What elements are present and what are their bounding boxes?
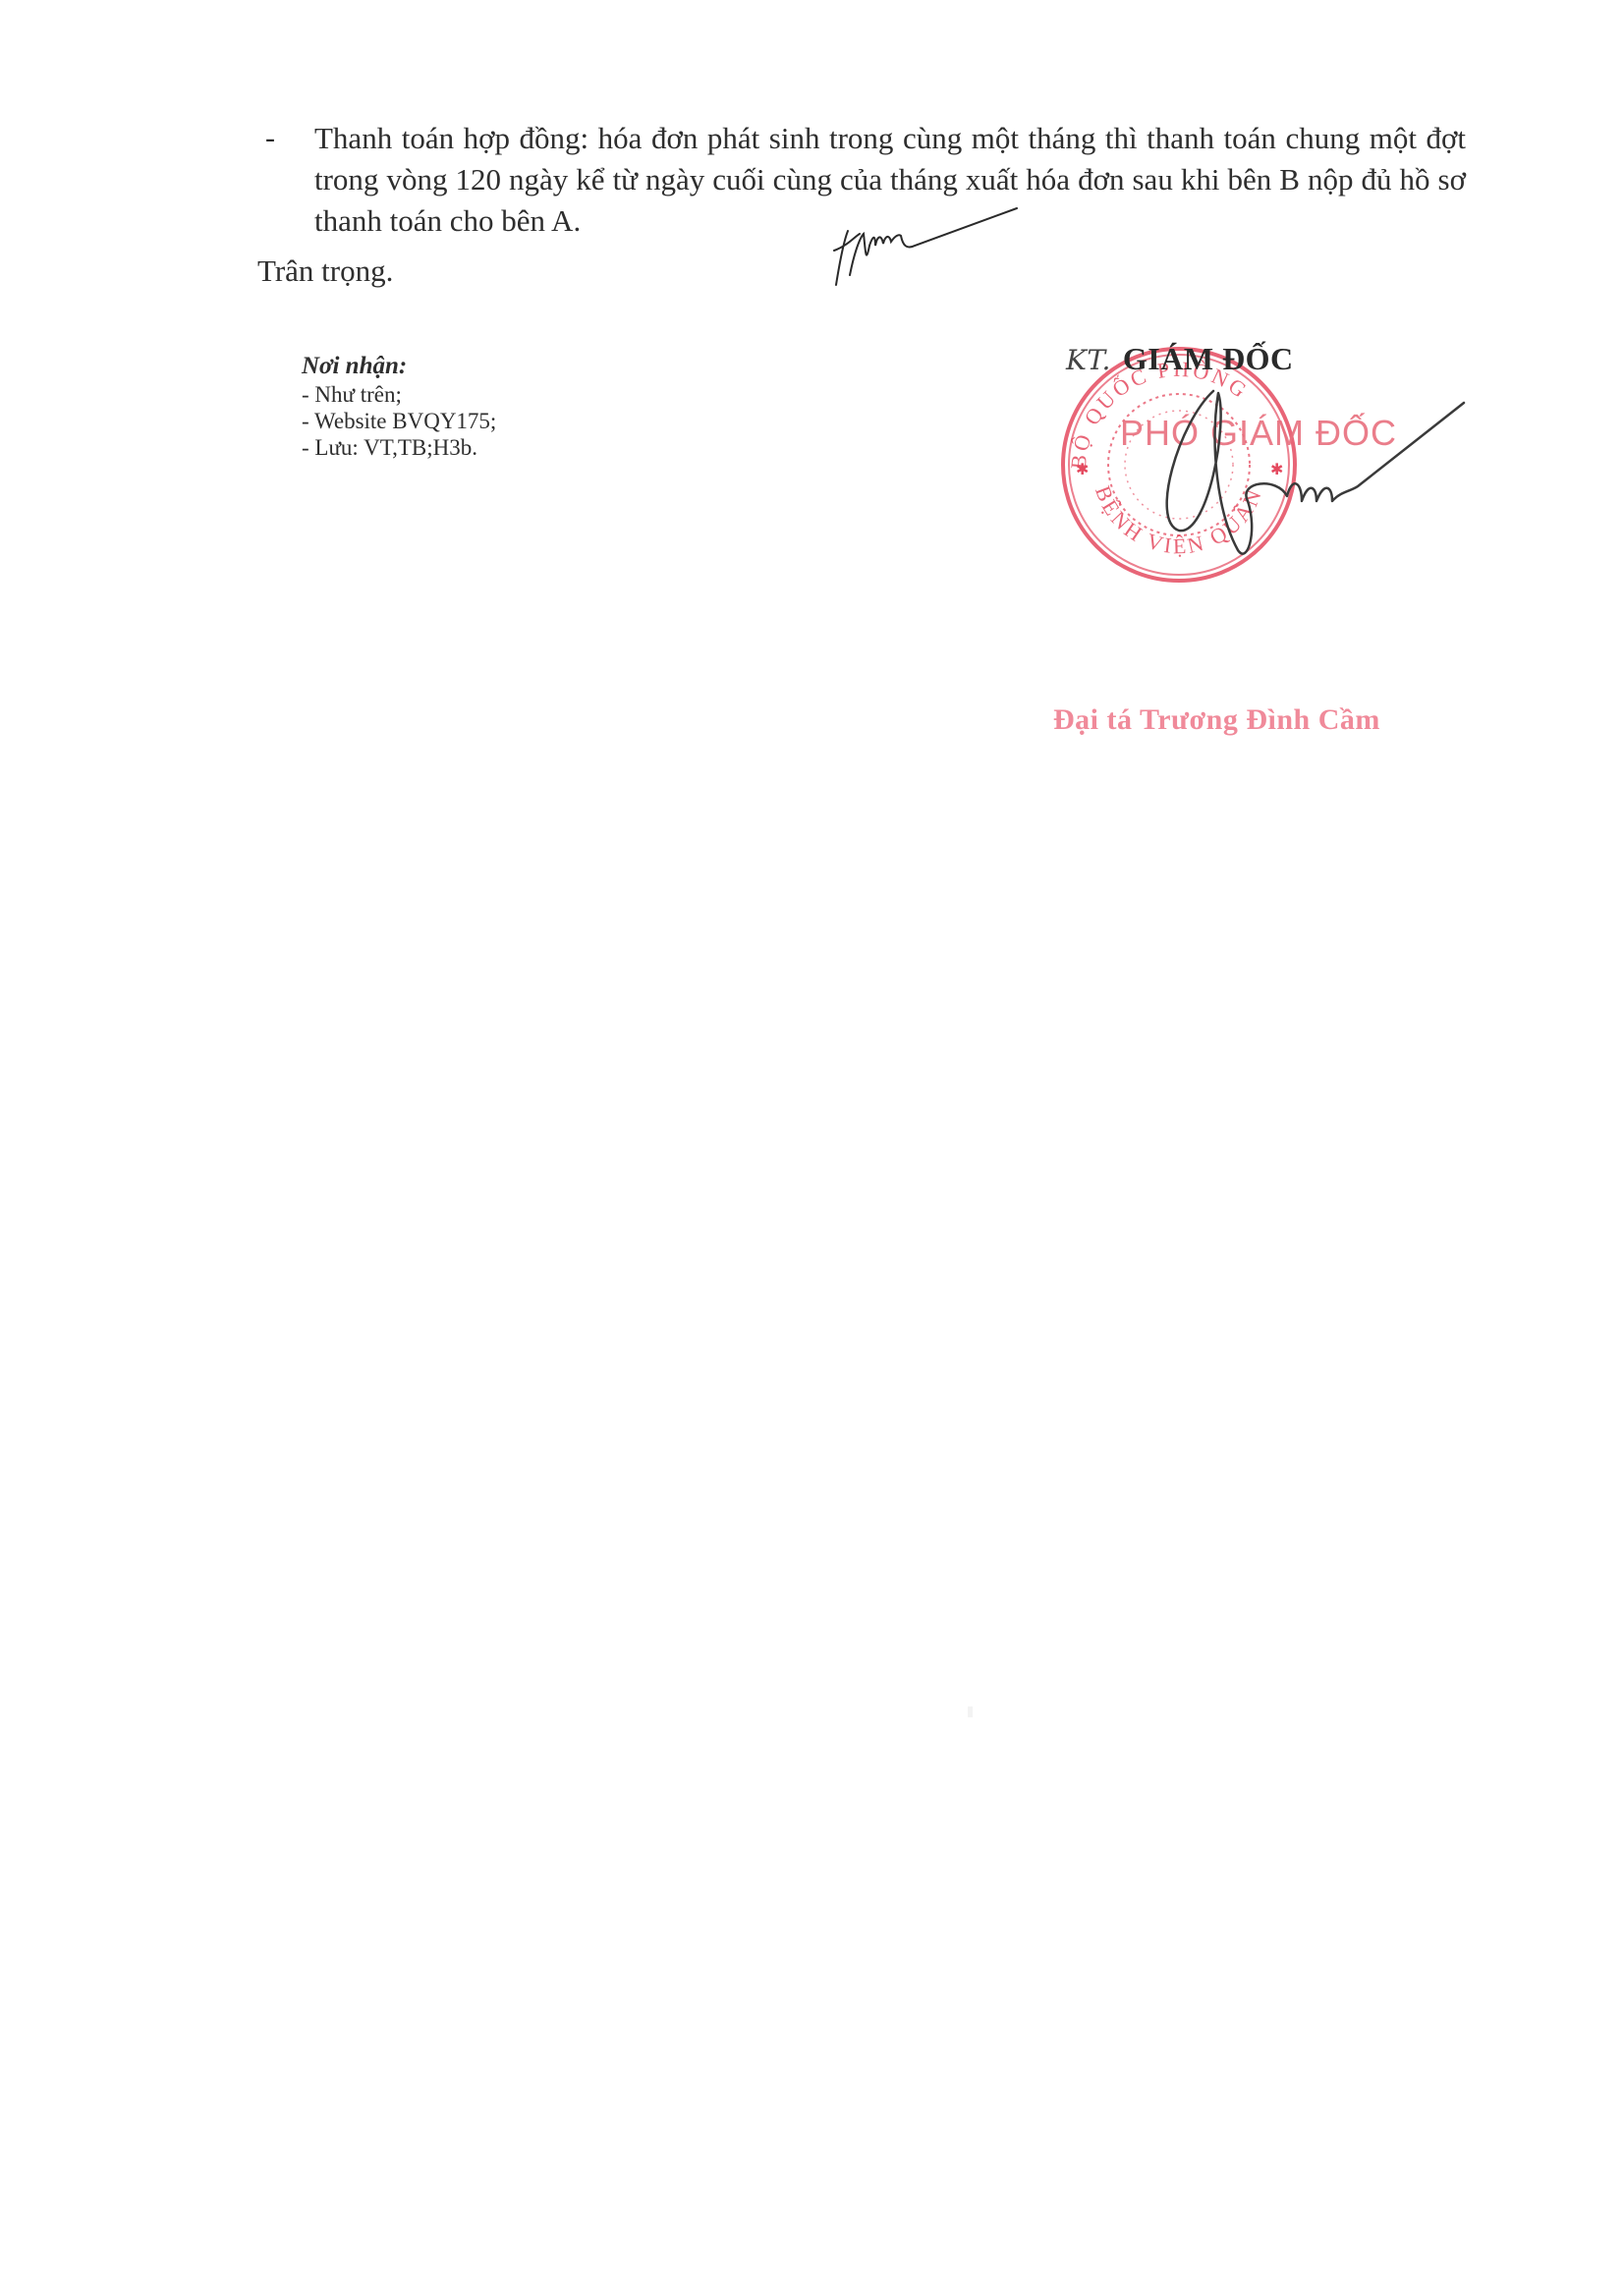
recipient-item: - Lưu: VT,TB;H3b. bbox=[302, 434, 496, 461]
signature-role: GIÁM ĐỐC bbox=[1123, 341, 1294, 376]
initial-signature-icon bbox=[830, 206, 1027, 295]
document-page: - Thanh toán hợp đồng: hóa đơn phát sinh… bbox=[0, 0, 1624, 2296]
signature-prefix: KT. bbox=[1066, 344, 1111, 376]
bullet-marker: - bbox=[265, 122, 275, 155]
svg-text:✱: ✱ bbox=[1076, 462, 1089, 478]
recipients-title: Nơi nhận: bbox=[302, 352, 496, 381]
signature-title: KT.GIÁM ĐỐC bbox=[1066, 341, 1294, 377]
closing-text: Trân trọng. bbox=[257, 253, 393, 289]
recipient-item: - Như trên; bbox=[302, 381, 496, 408]
scan-artifact bbox=[968, 1707, 973, 1717]
handwritten-signature-icon bbox=[1140, 383, 1474, 580]
recipient-item: - Website BVQY175; bbox=[302, 408, 496, 434]
recipients-block: Nơi nhận: - Như trên; - Website BVQY175;… bbox=[302, 352, 496, 461]
signatory-name: Đại tá Trương Đình Cầm bbox=[1053, 703, 1380, 737]
